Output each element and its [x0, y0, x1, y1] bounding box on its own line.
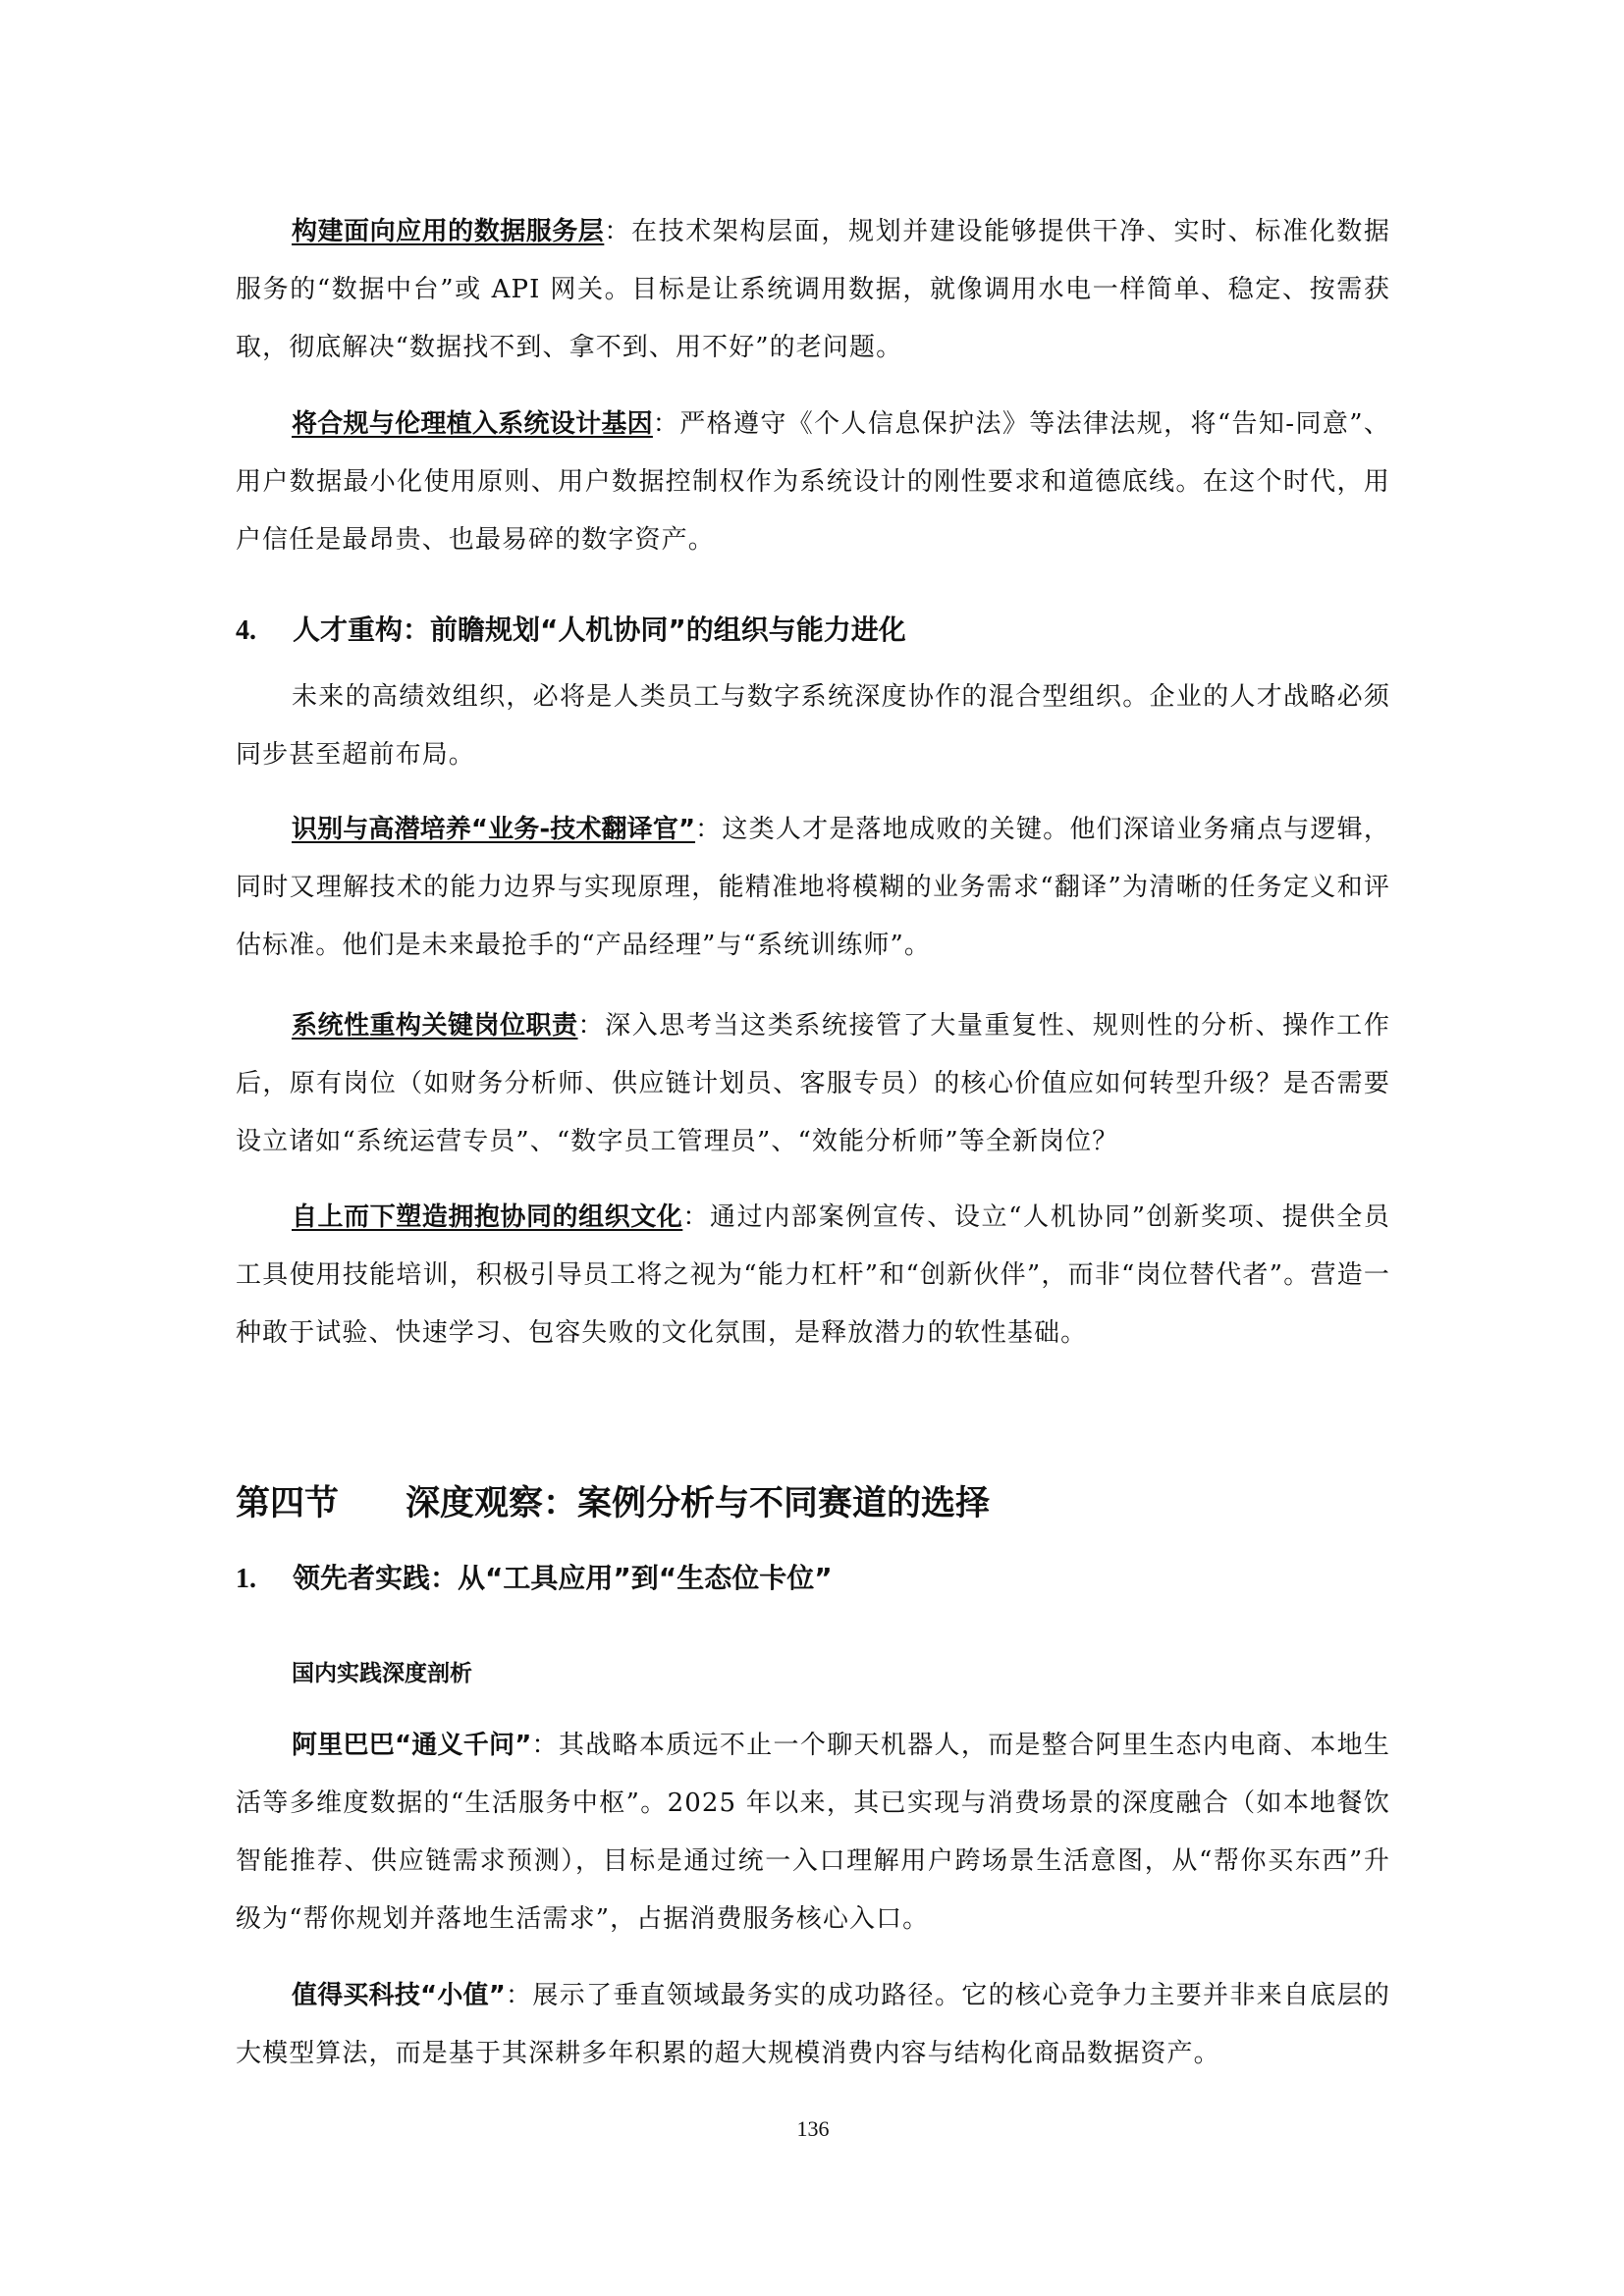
paragraph-lead-term: 阿里巴巴“通义千问”: [292, 1731, 531, 1760]
heading-title: 人才重构：前瞻规划“人机协同”的组织与能力进化: [293, 614, 906, 646]
heading-title: 领先者实践：从“工具应用”到“生态位卡位”: [293, 1562, 833, 1594]
heading-number: 4.: [236, 612, 293, 651]
paragraph-body: ：其战略本质远不止一个聊天机器人，而是整合阿里生态内电商、本地生活等多维度数据的…: [236, 1731, 1390, 1934]
paragraph-org-culture: 自上而下塑造拥抱协同的组织文化：通过内部案例宣传、设立“人机协同”创新奖项、提供…: [236, 1189, 1390, 1362]
subheading-domestic-practice: 国内实践深度剖析: [292, 1657, 472, 1690]
heading-number: 1.: [236, 1560, 293, 1599]
subheading-title: 国内实践深度剖析: [292, 1661, 472, 1686]
paragraph-lead-term: 识别与高潜培养“业务-技术翻译官”: [292, 815, 695, 844]
paragraph-smzdm-xiaozhi: 值得买科技“小值”：展示了垂直领域最务实的成功路径。它的核心竞争力主要并非来自底…: [236, 1967, 1390, 2083]
section-heading: 第四节深度观察：案例分析与不同赛道的选择: [236, 1480, 990, 1527]
heading-talent-restructure: 4.人才重构：前瞻规划“人机协同”的组织与能力进化: [236, 611, 906, 651]
page-number: 136: [236, 2116, 1390, 2142]
paragraph-lead-term: 将合规与伦理植入系统设计基因: [292, 409, 653, 439]
paragraph-lead-term: 系统性重构关键岗位职责: [292, 1011, 578, 1041]
heading-leader-practice: 1.领先者实践：从“工具应用”到“生态位卡位”: [236, 1559, 833, 1599]
paragraph-data-service-layer: 构建面向应用的数据服务层：在技术架构层面，规划并建设能够提供干净、实时、标准化数…: [236, 203, 1390, 377]
paragraph-hybrid-organization: 未来的高绩效组织，必将是人类员工与数字系统深度协作的混合型组织。企业的人才战略必…: [236, 668, 1390, 784]
paragraph-lead-term: 值得买科技“小值”: [292, 1981, 506, 2010]
paragraph-lead-term: 构建面向应用的数据服务层: [292, 217, 604, 246]
paragraph-lead-term: 自上而下塑造拥抱协同的组织文化: [292, 1202, 682, 1232]
paragraph-compliance-ethics: 将合规与伦理植入系统设计基因：严格遵守《个人信息保护法》等法律法规，将“告知-同…: [236, 396, 1390, 569]
section-title: 深度观察：案例分析与不同赛道的选择: [406, 1484, 990, 1523]
paragraph-alibaba-qwen: 阿里巴巴“通义千问”：其战略本质远不止一个聊天机器人，而是整合阿里生态内电商、本…: [236, 1717, 1390, 1949]
paragraph-translator-talent: 识别与高潜培养“业务-技术翻译官”：这类人才是落地成败的关键。他们深谙业务痛点与…: [236, 801, 1390, 975]
paragraph-body: 未来的高绩效组织，必将是人类员工与数字系统深度协作的混合型组织。企业的人才战略必…: [236, 682, 1390, 770]
section-number: 第四节: [236, 1480, 406, 1527]
paragraph-role-restructure: 系统性重构关键岗位职责：深入思考当这类系统接管了大量重复性、规则性的分析、操作工…: [236, 997, 1390, 1171]
